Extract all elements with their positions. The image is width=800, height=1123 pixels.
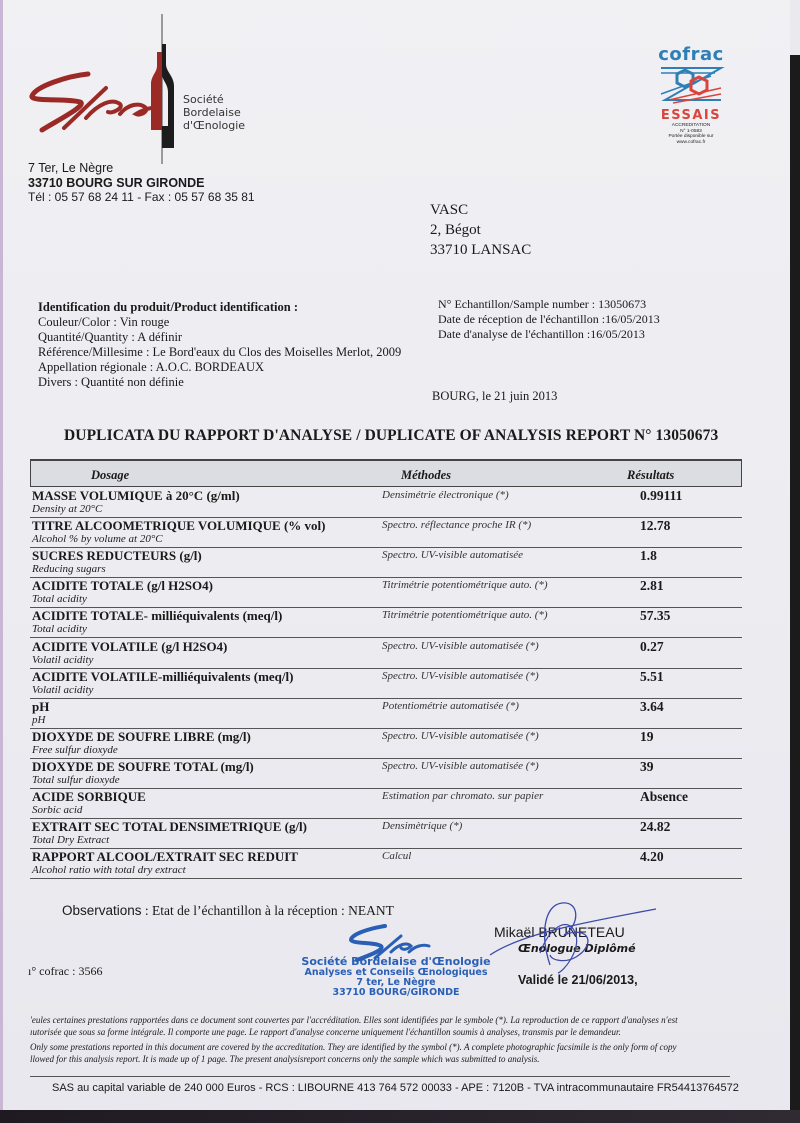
parameter-name: DIOXYDE DE SOUFRE LIBRE (mg/l) xyxy=(32,729,251,745)
table-row: ACIDITE VOLATILE-milliéquivalents (meq/l… xyxy=(30,669,742,699)
parameter-english-name: Volatil acidity xyxy=(32,684,93,696)
parameter-name: MASSE VOLUMIQUE à 20°C (g/ml) xyxy=(32,488,240,504)
cofrac-number: ı° cofrac : 3566 xyxy=(28,964,102,979)
column-header-dosage: Dosage xyxy=(91,468,129,483)
product-misc: Divers : Quantité non définie xyxy=(38,375,401,390)
product-reference: Référence/Millesime : Le Bord'eaux du Cl… xyxy=(38,345,401,360)
observations-label: Observations xyxy=(62,903,142,918)
validation-date: Validé le 21/06/2013, xyxy=(518,973,638,987)
row-divider xyxy=(30,878,742,879)
sample-analysis-date: Date d'analyse de l'échantillon :16/05/2… xyxy=(438,327,660,342)
parameter-english-name: Alcohol % by volume at 20°C xyxy=(32,533,163,545)
lab-name-line: Bordelaise xyxy=(183,106,245,119)
method-name: Spectro. UV-visible automatisée (*) xyxy=(382,760,539,772)
recipient-name: VASC xyxy=(430,200,531,220)
product-color: Couleur/Color : Vin rouge xyxy=(38,315,401,330)
cofrac-logo: cofrac ESSAIS ACCREDITATION N° 1-0583 Po… xyxy=(655,46,727,145)
column-header-results: Résultats xyxy=(627,468,674,483)
method-name: Estimation par chromato. sur papier xyxy=(382,790,543,802)
column-header-methods: Méthodes xyxy=(401,468,451,483)
table-row: ACIDITE VOLATILE (g/l H2SO4) Volatil aci… xyxy=(30,639,742,669)
method-name: Spectro. UV-visible automatisée (*) xyxy=(382,670,539,682)
recipient-street: 2, Bégot xyxy=(430,220,531,240)
recipient-address: VASC 2, Bégot 33710 LANSAC xyxy=(430,200,531,260)
parameter-name: ACIDITE TOTALE- milliéquivalents (meq/l) xyxy=(32,608,282,624)
parameter-english-name: Total acidity xyxy=(32,593,87,605)
result-value: 0.99111 xyxy=(640,488,682,504)
table-row: DIOXYDE DE SOUFRE LIBRE (mg/l) Free sulf… xyxy=(30,729,742,759)
company-footer: SAS au capital variable de 240 000 Euros… xyxy=(52,1082,739,1094)
table-row: ACIDE SORBIQUE Sorbic acid Estimation pa… xyxy=(30,789,742,819)
parameter-name: RAPPORT ALCOOL/EXTRAIT SEC REDUIT xyxy=(32,849,298,865)
parameter-english-name: Total sulfur dioxyde xyxy=(32,774,120,786)
cofrac-hexagon-icon xyxy=(655,64,727,104)
lab-name-line: Société xyxy=(183,93,245,106)
handwritten-signature-icon xyxy=(480,895,660,975)
table-row: EXTRAIT SEC TOTAL DENSIMETRIQUE (g/l) To… xyxy=(30,819,742,849)
lab-address-city: 33710 BOURG SUR GIRONDE xyxy=(28,176,204,190)
method-name: Spectro. UV-visible automatisée (*) xyxy=(382,730,539,742)
result-value: 24.82 xyxy=(640,819,670,835)
parameter-name: DIOXYDE DE SOUFRE TOTAL (mg/l) xyxy=(32,759,254,775)
product-quantity: Quantité/Quantity : A définir xyxy=(38,330,401,345)
table-row: ACIDITE TOTALE (g/l H2SO4) Total acidity… xyxy=(30,578,742,608)
method-name: Spectro. UV-visible automatisée (*) xyxy=(382,640,539,652)
table-row: pH pH Potentiométrie automatisée (*) 3.6… xyxy=(30,699,742,729)
result-value: 19 xyxy=(640,729,654,745)
cofrac-category: ESSAIS xyxy=(655,109,727,123)
table-row: TITRE ALCOOMETRIQUE VOLUMIQUE (% vol) Al… xyxy=(30,518,742,548)
scan-edge-left xyxy=(0,0,3,1110)
method-name: Densimètrique (*) xyxy=(382,820,462,832)
lab-name-line: d'Œnologie xyxy=(183,119,245,132)
scan-edge-right xyxy=(790,55,800,1123)
footer-divider xyxy=(30,1076,730,1077)
parameter-english-name: Alcohol ratio with total dry extract xyxy=(32,864,186,876)
parameter-english-name: Reducing sugars xyxy=(32,563,106,575)
parameter-english-name: Volatil acidity xyxy=(32,654,93,666)
sample-info: N° Echantillon/Sample number : 13050673 … xyxy=(438,297,660,342)
parameter-english-name: pH xyxy=(32,714,45,726)
parameter-name: ACIDITE TOTALE (g/l H2SO4) xyxy=(32,578,213,594)
parameter-english-name: Free sulfur dioxyde xyxy=(32,744,118,756)
product-appellation: Appellation régionale : A.O.C. BORDEAUX xyxy=(38,360,401,375)
sample-number: N° Echantillon/Sample number : 13050673 xyxy=(438,297,660,312)
cofrac-word: cofrac xyxy=(655,46,727,64)
method-name: Spectro. réflectance proche IR (*) xyxy=(382,519,531,531)
product-identification: Identification du produit/Product identi… xyxy=(38,300,401,390)
parameter-name: pH xyxy=(32,699,49,715)
lab-stamp: Société Bordelaise d'Œnologie Analyses e… xyxy=(296,956,496,998)
method-name: Calcul xyxy=(382,850,411,862)
stamp-line: 33710 BOURG/GIRONDE xyxy=(296,988,496,998)
result-value: 39 xyxy=(640,759,654,775)
place-date: BOURG, le 21 juin 2013 xyxy=(432,389,557,404)
legal-notice-en: llowed for this analysis report. It is m… xyxy=(30,1054,730,1066)
parameter-name: TITRE ALCOOMETRIQUE VOLUMIQUE (% vol) xyxy=(32,518,325,534)
parameter-name: EXTRAIT SEC TOTAL DENSIMETRIQUE (g/l) xyxy=(32,819,307,835)
table-row: SUCRES REDUCTEURS (g/l) Reducing sugars … xyxy=(30,548,742,578)
lab-name: Société Bordelaise d'Œnologie xyxy=(183,93,245,132)
lab-address-street: 7 Ter, Le Nègre xyxy=(28,161,113,175)
observations: Observations : Etat de l’échantillon à l… xyxy=(62,903,394,919)
result-value: 57.35 xyxy=(640,608,670,624)
result-value: 1.8 xyxy=(640,548,657,564)
parameter-name: ACIDE SORBIQUE xyxy=(32,789,146,805)
result-value: 2.81 xyxy=(640,578,664,594)
method-name: Titrimétrie potentiométrique auto. (*) xyxy=(382,609,548,621)
scan-edge-bottom xyxy=(0,1110,800,1123)
parameter-english-name: Density at 20°C xyxy=(32,503,102,515)
parameter-name: ACIDITE VOLATILE (g/l H2SO4) xyxy=(32,639,227,655)
parameter-english-name: Sorbic acid xyxy=(32,804,82,816)
cofrac-website: www.cofrac.fr xyxy=(655,140,727,146)
observations-text: : Etat de l’échantillon à la réception :… xyxy=(142,903,394,918)
legal-notice-fr: 'eules certaines prestations rapportées … xyxy=(30,1015,730,1027)
method-name: Densimétrie électronique (*) xyxy=(382,489,509,501)
report-title: DUPLICATA DU RAPPORT D'ANALYSE / DUPLICA… xyxy=(64,427,718,445)
table-row: ACIDITE TOTALE- milliéquivalents (meq/l)… xyxy=(30,608,742,638)
result-value: Absence xyxy=(640,789,688,805)
product-identification-title: Identification du produit/Product identi… xyxy=(38,300,401,315)
method-name: Potentiométrie automatisée (*) xyxy=(382,700,519,712)
method-name: Titrimétrie potentiométrique auto. (*) xyxy=(382,579,548,591)
result-value: 4.20 xyxy=(640,849,664,865)
parameter-name: ACIDITE VOLATILE-milliéquivalents (meq/l… xyxy=(32,669,293,685)
results-table-header: Dosage Méthodes Résultats xyxy=(30,459,742,487)
method-name: Spectro. UV-visible automatisée xyxy=(382,549,523,561)
result-value: 0.27 xyxy=(640,639,664,655)
result-value: 3.64 xyxy=(640,699,664,715)
result-value: 5.51 xyxy=(640,669,664,685)
parameter-english-name: Total Dry Extract xyxy=(32,834,109,846)
table-row: MASSE VOLUMIQUE à 20°C (g/ml) Density at… xyxy=(30,488,742,518)
legal-notice-en: Only some prestations reported in this d… xyxy=(30,1042,730,1054)
parameter-name: SUCRES REDUCTEURS (g/l) xyxy=(32,548,202,564)
legal-notice: 'eules certaines prestations rapportées … xyxy=(30,1015,730,1065)
document-page: Société Bordelaise d'Œnologie 7 Ter, Le … xyxy=(0,0,790,1110)
lab-contact: Tél : 05 57 68 24 11 - Fax : 05 57 68 35… xyxy=(28,190,255,204)
result-value: 12.78 xyxy=(640,518,670,534)
table-row: RAPPORT ALCOOL/EXTRAIT SEC REDUIT Alcoho… xyxy=(30,849,742,879)
parameter-english-name: Total acidity xyxy=(32,623,87,635)
sample-reception-date: Date de réception de l'échantillon :16/0… xyxy=(438,312,660,327)
table-row: DIOXYDE DE SOUFRE TOTAL (mg/l) Total sul… xyxy=(30,759,742,789)
wine-bottle-logo-icon xyxy=(148,14,178,164)
recipient-city: 33710 LANSAC xyxy=(430,240,531,260)
legal-notice-fr: ıutorisée que sous sa forme intégrale. I… xyxy=(30,1027,730,1039)
